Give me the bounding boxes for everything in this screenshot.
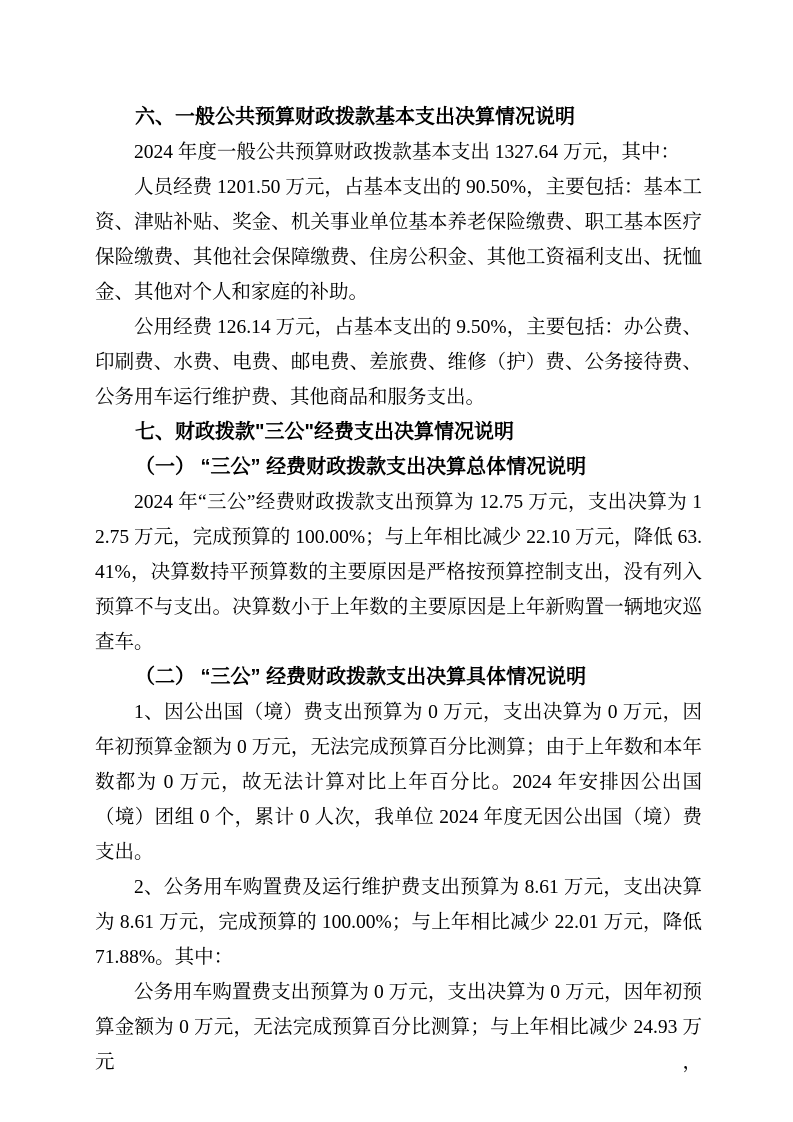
section-heading-level-1: 六、一般公共预算财政拨款基本支出决算情况说明: [95, 100, 702, 135]
body-paragraph: 公务用车购置费支出预算为 0 万元，支出决算为 0 万元，因年初预算金额为 0 …: [95, 975, 702, 1080]
body-paragraph: 1、因公出国（境）费支出预算为 0 万元，支出决算为 0 万元，因年初预算金额为…: [95, 695, 702, 870]
section-heading-level-1: 七、财政拨款"三公"经费支出决算情况说明: [95, 415, 702, 450]
document-page: 六、一般公共预算财政拨款基本支出决算情况说明2024 年度一般公共预算财政拨款基…: [0, 0, 793, 1122]
section-heading-level-2: （二） “三公” 经费财政拨款支出决算具体情况说明: [95, 660, 702, 695]
body-paragraph: 2、公务用车购置费及运行维护费支出预算为 8.61 万元，支出决算为 8.61 …: [95, 870, 702, 975]
body-paragraph: 公用经费 126.14 万元，占基本支出的 9.50%，主要包括：办公费、印刷费…: [95, 310, 702, 415]
document-body: 六、一般公共预算财政拨款基本支出决算情况说明2024 年度一般公共预算财政拨款基…: [95, 100, 702, 1080]
body-paragraph: 2024 年“三公”经费财政拨款支出预算为 12.75 万元，支出决算为 12.…: [95, 485, 702, 660]
section-heading-level-2: （一） “三公” 经费财政拨款支出决算总体情况说明: [95, 450, 702, 485]
body-paragraph: 2024 年度一般公共预算财政拨款基本支出 1327.64 万元，其中：: [95, 135, 702, 170]
body-paragraph: 人员经费 1201.50 万元，占基本支出的 90.50%，主要包括：基本工资、…: [95, 170, 702, 310]
